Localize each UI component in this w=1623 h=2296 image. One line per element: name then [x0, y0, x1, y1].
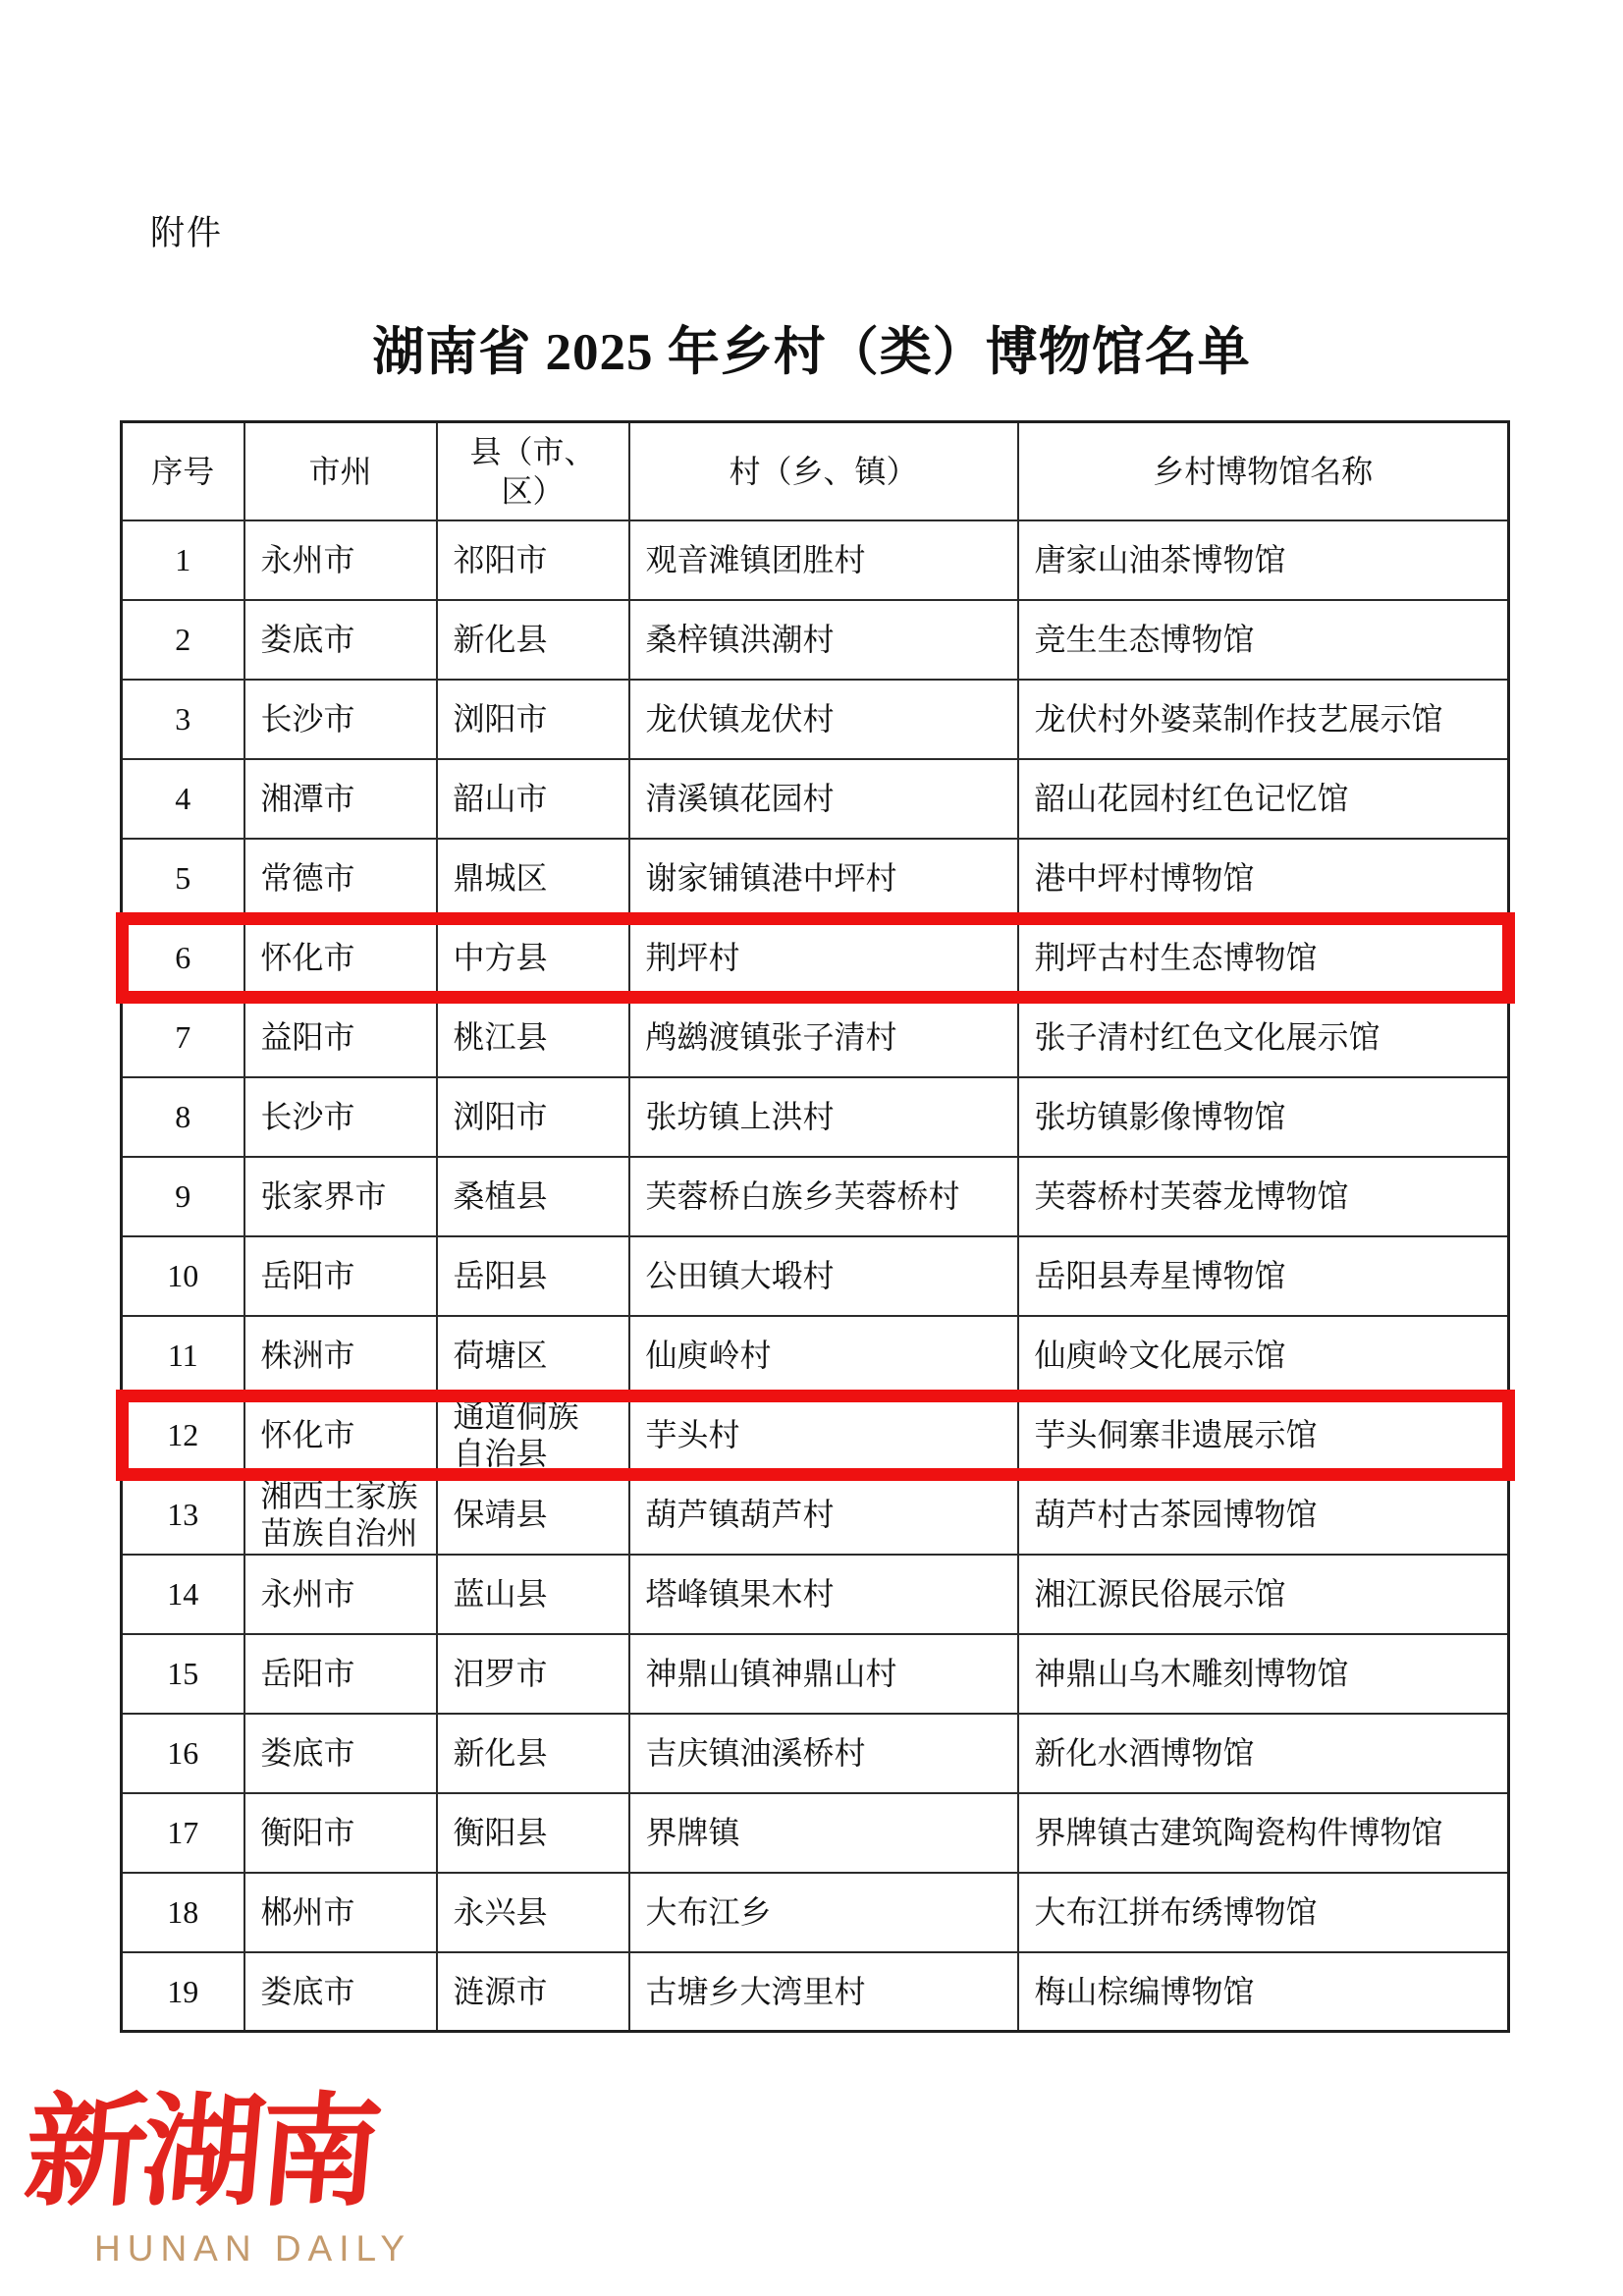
cell-museum: 张坊镇影像博物馆	[1018, 1077, 1509, 1157]
logo-chinese-calligraphy: 新湖南	[20, 2084, 418, 2224]
cell-museum: 仙庾岭文化展示馆	[1018, 1316, 1509, 1395]
cell-county: 涟源市	[437, 1952, 629, 2032]
cell-no: 5	[122, 839, 244, 918]
cell-city: 益阳市	[244, 998, 437, 1077]
cell-museum: 大布江拼布绣博物馆	[1018, 1873, 1509, 1952]
cell-museum: 葫芦村古茶园博物馆	[1018, 1475, 1509, 1555]
cell-city: 株洲市	[244, 1316, 437, 1395]
cell-city: 娄底市	[244, 1714, 437, 1793]
cell-county: 保靖县	[437, 1475, 629, 1555]
cell-no: 1	[122, 520, 244, 600]
cell-city: 怀化市	[244, 918, 437, 998]
cell-museum: 界牌镇古建筑陶瓷构件博物馆	[1018, 1793, 1509, 1873]
cell-village: 神鼎山镇神鼎山村	[629, 1634, 1018, 1714]
cell-county: 蓝山县	[437, 1555, 629, 1634]
hunan-daily-logo: 新湖南 HUNAN DAILY	[26, 2084, 411, 2269]
cell-museum: 芋头侗寨非遗展示馆	[1018, 1395, 1509, 1475]
cell-village: 塔峰镇果木村	[629, 1555, 1018, 1634]
cell-county: 新化县	[437, 1714, 629, 1793]
cell-village: 芋头村	[629, 1395, 1018, 1475]
cell-museum: 韶山花园村红色记忆馆	[1018, 759, 1509, 839]
cell-county: 永兴县	[437, 1873, 629, 1952]
cell-village: 古塘乡大湾里村	[629, 1952, 1018, 2032]
attachment-label: 附件	[150, 206, 223, 255]
cell-county: 新化县	[437, 600, 629, 680]
cell-city: 郴州市	[244, 1873, 437, 1952]
cell-village: 公田镇大塅村	[629, 1236, 1018, 1316]
cell-village: 鸬鹚渡镇张子清村	[629, 998, 1018, 1077]
cell-no: 10	[122, 1236, 244, 1316]
cell-county: 衡阳县	[437, 1793, 629, 1873]
cell-no: 14	[122, 1555, 244, 1634]
cell-no: 2	[122, 600, 244, 680]
table-row: 18郴州市永兴县大布江乡大布江拼布绣博物馆	[122, 1873, 1509, 1952]
table-row: 11株洲市荷塘区仙庾岭村仙庾岭文化展示馆	[122, 1316, 1509, 1395]
cell-city: 岳阳市	[244, 1634, 437, 1714]
table-row: 1永州市祁阳市观音滩镇团胜村唐家山油茶博物馆	[122, 520, 1509, 600]
table-row: 17衡阳市衡阳县界牌镇界牌镇古建筑陶瓷构件博物馆	[122, 1793, 1509, 1873]
cell-museum: 岳阳县寿星博物馆	[1018, 1236, 1509, 1316]
table-row: 16娄底市新化县吉庆镇油溪桥村新化水酒博物馆	[122, 1714, 1509, 1793]
cell-city: 张家界市	[244, 1157, 437, 1236]
cell-no: 19	[122, 1952, 244, 2032]
museum-table: 序号 市州 县（市、 区） 村（乡、镇） 乡村博物馆名称 1永州市祁阳市观音滩镇…	[120, 420, 1510, 2033]
cell-county: 鼎城区	[437, 839, 629, 918]
cell-city: 湘西土家族 苗族自治州	[244, 1475, 437, 1555]
table-row: 7益阳市桃江县鸬鹚渡镇张子清村张子清村红色文化展示馆	[122, 998, 1509, 1077]
cell-county: 中方县	[437, 918, 629, 998]
cell-village: 清溪镇花园村	[629, 759, 1018, 839]
header-county: 县（市、 区）	[437, 422, 629, 520]
cell-city: 怀化市	[244, 1395, 437, 1475]
table-header-row: 序号 市州 县（市、 区） 村（乡、镇） 乡村博物馆名称	[122, 422, 1509, 520]
cell-museum: 新化水酒博物馆	[1018, 1714, 1509, 1793]
cell-village: 芙蓉桥白族乡芙蓉桥村	[629, 1157, 1018, 1236]
cell-museum: 神鼎山乌木雕刻博物馆	[1018, 1634, 1509, 1714]
cell-county: 桃江县	[437, 998, 629, 1077]
header-village: 村（乡、镇）	[629, 422, 1018, 520]
cell-no: 8	[122, 1077, 244, 1157]
cell-no: 7	[122, 998, 244, 1077]
cell-museum: 荆坪古村生态博物馆	[1018, 918, 1509, 998]
table-row: 10岳阳市岳阳县公田镇大塅村岳阳县寿星博物馆	[122, 1236, 1509, 1316]
table-row: 9张家界市桑植县芙蓉桥白族乡芙蓉桥村芙蓉桥村芙蓉龙博物馆	[122, 1157, 1509, 1236]
table-row: 13湘西土家族 苗族自治州保靖县葫芦镇葫芦村葫芦村古茶园博物馆	[122, 1475, 1509, 1555]
cell-no: 3	[122, 680, 244, 759]
cell-village: 龙伏镇龙伏村	[629, 680, 1018, 759]
cell-county: 汨罗市	[437, 1634, 629, 1714]
cell-no: 6	[122, 918, 244, 998]
cell-village: 大布江乡	[629, 1873, 1018, 1952]
cell-county: 荷塘区	[437, 1316, 629, 1395]
cell-no: 13	[122, 1475, 244, 1555]
cell-county: 通道侗族 自治县	[437, 1395, 629, 1475]
cell-village: 张坊镇上洪村	[629, 1077, 1018, 1157]
cell-city: 娄底市	[244, 600, 437, 680]
cell-no: 9	[122, 1157, 244, 1236]
cell-city: 长沙市	[244, 1077, 437, 1157]
document-page: 附件 湖南省 2025 年乡村（类）博物馆名单 序号 市州 县（市、 区） 村（…	[0, 0, 1623, 2296]
cell-village: 观音滩镇团胜村	[629, 520, 1018, 600]
cell-museum: 湘江源民俗展示馆	[1018, 1555, 1509, 1634]
document-title: 湖南省 2025 年乡村（类）博物馆名单	[0, 310, 1623, 385]
header-city: 市州	[244, 422, 437, 520]
cell-no: 12	[122, 1395, 244, 1475]
cell-museum: 港中坪村博物馆	[1018, 839, 1509, 918]
cell-county: 浏阳市	[437, 1077, 629, 1157]
table-row: 2娄底市新化县桑梓镇洪潮村竞生生态博物馆	[122, 600, 1509, 680]
cell-city: 娄底市	[244, 1952, 437, 2032]
cell-museum: 竞生生态博物馆	[1018, 600, 1509, 680]
cell-no: 16	[122, 1714, 244, 1793]
cell-museum: 芙蓉桥村芙蓉龙博物馆	[1018, 1157, 1509, 1236]
cell-city: 岳阳市	[244, 1236, 437, 1316]
cell-county: 韶山市	[437, 759, 629, 839]
cell-no: 18	[122, 1873, 244, 1952]
cell-museum: 梅山棕编博物馆	[1018, 1952, 1509, 2032]
cell-village: 桑梓镇洪潮村	[629, 600, 1018, 680]
table-row-highlighted: 12怀化市通道侗族 自治县芋头村芋头侗寨非遗展示馆	[122, 1395, 1509, 1475]
cell-no: 11	[122, 1316, 244, 1395]
cell-no: 17	[122, 1793, 244, 1873]
cell-city: 长沙市	[244, 680, 437, 759]
table-row: 19娄底市涟源市古塘乡大湾里村梅山棕编博物馆	[122, 1952, 1509, 2032]
table-row: 5常德市鼎城区谢家铺镇港中坪村港中坪村博物馆	[122, 839, 1509, 918]
cell-county: 桑植县	[437, 1157, 629, 1236]
cell-city: 衡阳市	[244, 1793, 437, 1873]
cell-county: 岳阳县	[437, 1236, 629, 1316]
cell-village: 界牌镇	[629, 1793, 1018, 1873]
cell-museum: 龙伏村外婆菜制作技艺展示馆	[1018, 680, 1509, 759]
header-museum: 乡村博物馆名称	[1018, 422, 1509, 520]
logo-english-wordmark: HUNAN DAILY	[94, 2228, 411, 2269]
table-row: 8长沙市浏阳市张坊镇上洪村张坊镇影像博物馆	[122, 1077, 1509, 1157]
cell-village: 仙庾岭村	[629, 1316, 1018, 1395]
cell-village: 吉庆镇油溪桥村	[629, 1714, 1018, 1793]
cell-city: 永州市	[244, 520, 437, 600]
header-no: 序号	[122, 422, 244, 520]
cell-village: 谢家铺镇港中坪村	[629, 839, 1018, 918]
table-row: 15岳阳市汨罗市神鼎山镇神鼎山村神鼎山乌木雕刻博物馆	[122, 1634, 1509, 1714]
cell-no: 4	[122, 759, 244, 839]
cell-no: 15	[122, 1634, 244, 1714]
cell-city: 永州市	[244, 1555, 437, 1634]
table-row: 14永州市蓝山县塔峰镇果木村湘江源民俗展示馆	[122, 1555, 1509, 1634]
cell-museum: 唐家山油茶博物馆	[1018, 520, 1509, 600]
cell-village: 荆坪村	[629, 918, 1018, 998]
cell-city: 常德市	[244, 839, 437, 918]
cell-museum: 张子清村红色文化展示馆	[1018, 998, 1509, 1077]
table-row-highlighted: 6怀化市中方县荆坪村荆坪古村生态博物馆	[122, 918, 1509, 998]
table-row: 4湘潭市韶山市清溪镇花园村韶山花园村红色记忆馆	[122, 759, 1509, 839]
cell-city: 湘潭市	[244, 759, 437, 839]
cell-village: 葫芦镇葫芦村	[629, 1475, 1018, 1555]
cell-county: 祁阳市	[437, 520, 629, 600]
table-row: 3长沙市浏阳市龙伏镇龙伏村龙伏村外婆菜制作技艺展示馆	[122, 680, 1509, 759]
cell-county: 浏阳市	[437, 680, 629, 759]
